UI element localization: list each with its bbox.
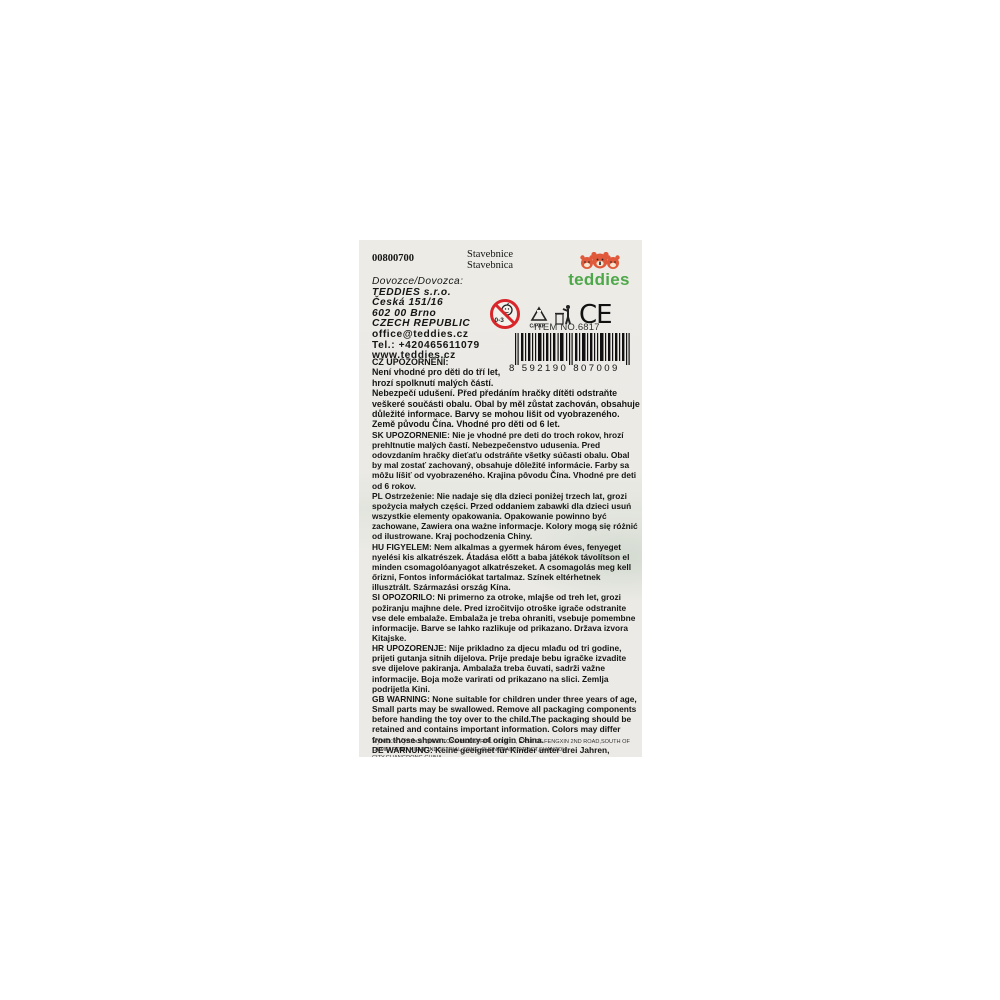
warning-sk: SK UPOZORNENIE: Nie je vhodné pre deti d… [372,430,640,491]
product-name-cz: Stavebnice [467,249,513,260]
warning-line: Není vhodné pro děti do tří let, [372,367,506,377]
warning-hu: HU FIGYELEM: Nem alkalmas a gyermek háro… [372,542,640,593]
warning-head: SK UPOZORNENIE: [372,430,450,440]
warning-pl: PL Ostrzeżenie: Nie nadaje się dla dziec… [372,491,640,542]
warning-cz: CZ UPOZORNĚNÍ: Není vhodné pro děti do t… [372,357,640,430]
manufacturer-info: Výrobce/Výrobca: QIHUI TOYS INDUSTRIAL C… [372,737,637,757]
age-warning-icon: 0-3 [489,298,521,330]
warning-head: PL Ostrzeżenie: [372,491,434,501]
svg-text:0-3: 0-3 [495,317,505,324]
product-names: Stavebnice Stavebnica [467,249,513,271]
item-number: ITEM NO.6817 [534,322,600,333]
warning-head: HR UPOZORENJE: [372,643,447,653]
warning-line: Nebezpečí udušení. Před předáním hračky … [372,388,640,430]
product-label: 00800700 Stavebnice Stavebnica Dovozce/D… [359,240,642,757]
warning-hr: HR UPOZORENJE: Nije prikladno za djecu m… [372,643,640,694]
manufacturer-label: Výrobce/Výrobca: [372,737,424,745]
warning-si: SI OPOZORILO: Ni primerno za otroke, mla… [372,592,640,643]
product-code: 00800700 [372,253,414,264]
warning-head: CZ UPOZORNĚNÍ: [372,357,640,367]
brand-name: teddies [564,270,634,290]
warning-head: SI OPOZORILO: [372,592,435,602]
warning-head: HU FIGYELEM: [372,542,432,552]
teddies-logo: teddies [564,252,634,290]
warnings-block: CZ UPOZORNĚNÍ: Není vhodné pro děti do t… [372,357,640,757]
bear-faces-icon [578,252,622,270]
product-name-sk: Stavebnica [467,260,513,271]
importer-email: office@teddies.cz [372,330,480,341]
warning-line: hrozí spolknutí malých částí. [372,378,506,388]
importer-block: Dovozce/Dovozca: TEDDIES s.r.o. Česká 15… [372,277,480,362]
importer-label: Dovozce/Dovozca: [372,277,480,288]
warning-head: GB WARNING: [372,694,430,704]
